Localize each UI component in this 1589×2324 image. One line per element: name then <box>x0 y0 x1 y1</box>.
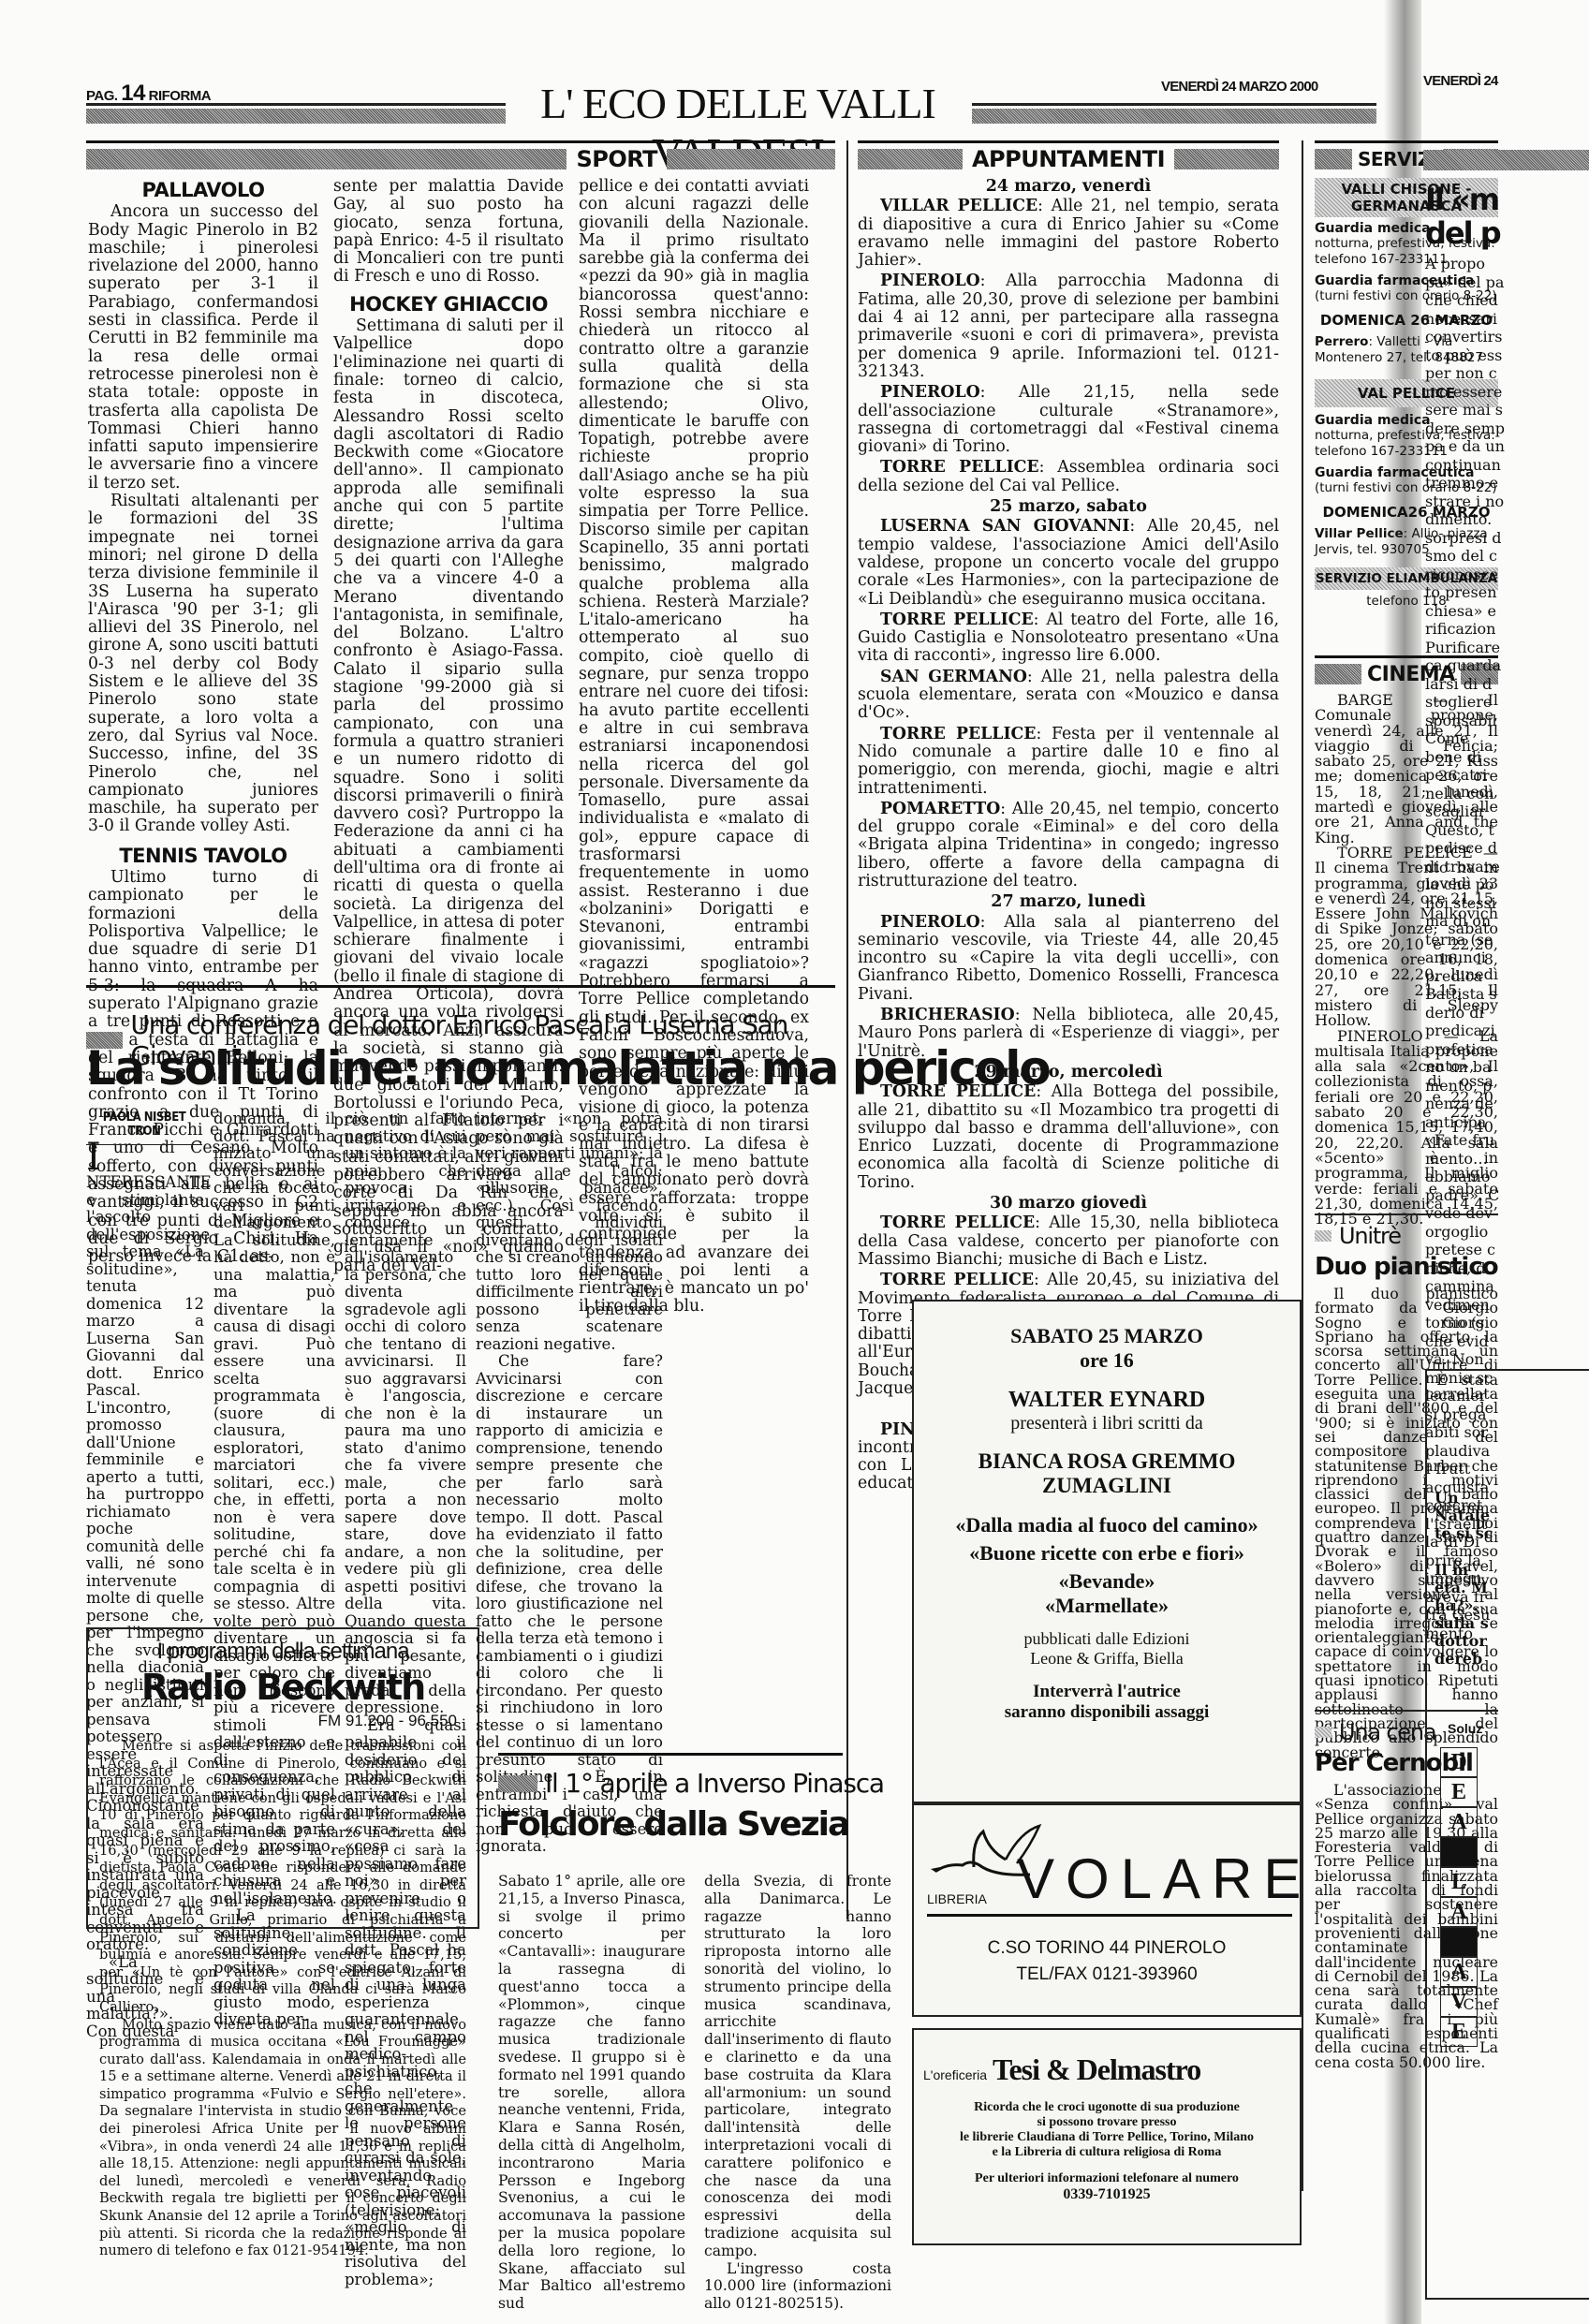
ad-date: SABATO 25 MARZO <box>914 1324 1300 1348</box>
appt-item: POMARETTO: Alle 20,45, nel tempio, conce… <box>858 801 1279 890</box>
next-page-line: riconosce <box>1425 566 1505 584</box>
next-page-line: scagliar <box>1425 802 1505 821</box>
ad-presents: presenterà i libri scritti da <box>914 1413 1300 1434</box>
next-page-box-line: sulla s <box>1435 1614 1493 1632</box>
ad-author-1: BIANCA ROSA GREMMO <box>914 1449 1300 1474</box>
ad-footer-2: saranno disponibili assaggi <box>914 1702 1300 1723</box>
next-page-line: continuan <box>1425 456 1505 475</box>
appt-date-30: 30 marzo giovedì <box>858 1195 1279 1213</box>
appt-item: LUSERNA SAN GIOVANNI: Alle 20,45, nel te… <box>858 518 1279 608</box>
next-page-line: ma di on <box>1425 912 1505 931</box>
pallavolo-para-1: Ancora un successo del Body Magic Pinero… <box>88 203 318 493</box>
next-page-line: bene di <box>1425 748 1505 767</box>
sport-header: SPORT <box>86 146 835 172</box>
appt-item: PINEROLO: Alla sala al pianterreno del s… <box>858 914 1279 1004</box>
ad-author-2: ZUMAGLINI <box>914 1474 1300 1498</box>
crossword-black-cell <box>1440 1927 1478 1957</box>
sport-label: SPORT <box>566 146 667 172</box>
paragraph: ciò un fatto negativo di cui un sintomo … <box>345 1111 466 1717</box>
tesi-line-2: si possono trovare presso <box>914 2115 1300 2130</box>
next-page-line: peccatri <box>1425 766 1505 785</box>
cinema-hatch-left <box>1315 664 1361 684</box>
next-page-line: Come <box>1425 729 1505 748</box>
next-page-line: per non c <box>1425 364 1505 383</box>
next-page-line: noi stessi <box>1425 894 1505 913</box>
ad-time: ore 16 <box>914 1348 1300 1373</box>
ad-book-4: «Marmellate» <box>914 1594 1300 1618</box>
next-page-line: necessari <box>1425 310 1505 329</box>
kicker-square-icon <box>1315 1727 1332 1738</box>
radio-title: Radio Beckwith <box>99 1667 466 1708</box>
next-page-line: smo del c <box>1425 547 1505 566</box>
folclore-rule <box>498 1753 843 1756</box>
radio-frequency: FM 91.200 - 96.550 <box>99 1712 457 1730</box>
crossword-cell: A <box>1440 1807 1478 1837</box>
next-page-edge: Il «m del p A propopa» del pache chiedne… <box>1421 0 1589 2324</box>
paragraph: L'ingresso costa 10.000 lire (informazio… <box>704 2260 891 2313</box>
ad-publisher-2: Leone & Griffa, Biella <box>914 1649 1300 1669</box>
next-page-line: dimento. <box>1425 510 1505 529</box>
paragraph: Sabato 1° aprile, alle ore 21,15, a Inve… <box>498 1873 685 2313</box>
crossword-cell: E <box>1440 2017 1478 2047</box>
section-name: RIFORMA <box>149 88 212 104</box>
next-page-line: predica <box>1425 967 1505 986</box>
next-page-headline-1: Il «m <box>1425 182 1498 217</box>
next-page-box-line: ha?». <box>1435 1596 1493 1614</box>
ad-footer-1: Interverrà l'autrice <box>914 1682 1300 1702</box>
next-page-line: larsi di d <box>1425 675 1505 694</box>
next-page-line: vede dev <box>1425 1204 1505 1223</box>
radio-kicker: I programmi della settimana <box>99 1639 466 1665</box>
next-page-line: ca guarda <box>1425 656 1505 675</box>
crossword-grid: DEALAAVE <box>1440 1747 1478 2047</box>
page-number: 14 <box>121 81 145 106</box>
kicker-square-icon <box>498 1775 537 1792</box>
next-page-line: strare i no <box>1425 493 1505 511</box>
next-page-line: dere semp <box>1425 419 1505 438</box>
sport-top-rule <box>86 140 835 143</box>
next-page-line: A propo <box>1425 255 1505 273</box>
appt-item: PINEROLO: Alle 21,15, nella sede dell'as… <box>858 384 1279 456</box>
ad-tesi-delmastro: L'oreficeria Tesi & Delmastro Ricorda ch… <box>912 2028 1302 2245</box>
appuntamenti-label: APPUNTAMENTI <box>963 146 1174 172</box>
tesi-line-4: e la Libreria di cultura religiosa di Ro… <box>914 2145 1300 2160</box>
next-page-top-bar <box>1423 150 1589 170</box>
appt-item: PINEROLO: Alla parrocchia Madonna di Fat… <box>858 272 1279 381</box>
crossword-cell: L <box>1440 1867 1478 1897</box>
next-page-box-line: Natale <box>1435 1507 1493 1524</box>
tesi-prefix: L'oreficeria <box>923 2067 987 2082</box>
appt-item: SAN GERMANO: Alle 21, nella palestra del… <box>858 669 1279 723</box>
sport-header-hatch-left <box>86 149 566 169</box>
crossword-cell: A <box>1440 1957 1478 1987</box>
next-page-line: mento, p <box>1425 1077 1505 1096</box>
next-page-line: rificazion <box>1425 620 1505 639</box>
appt-item: TORRE PELLICE: Alle 15,30, nella bibliot… <box>858 1214 1279 1269</box>
folclore-col-1-text: Sabato 1° aprile, alle ore 21,15, a Inve… <box>498 1873 685 2313</box>
next-page-line: Questo, t <box>1425 821 1505 840</box>
next-page-line: cammina <box>1425 1277 1505 1296</box>
appuntamenti-section: APPUNTAMENTI 24 marzo, venerdì VILLAR PE… <box>858 140 1279 1496</box>
radio-body: Mentre si aspetta l'inizio delle trasmis… <box>99 1738 466 2260</box>
issue-date: VENERDÌ 24 MARZO 2000 <box>1161 79 1317 95</box>
masthead-left-bar <box>86 103 506 106</box>
next-page-line: Purificare <box>1425 639 1505 657</box>
next-page-line: nenza de <box>1425 1095 1505 1113</box>
next-page-line: sere mai s <box>1425 401 1505 419</box>
ad-publisher-1: pubblicati dalle Edizioni <box>914 1629 1300 1649</box>
next-page-line: sponsabil <box>1425 712 1505 730</box>
crossword-cell: V <box>1440 1987 1478 2017</box>
radio-beckwith-box: I programmi della settimana Radio Beckwi… <box>86 1627 479 1929</box>
next-page-box-line: dottor <box>1435 1632 1493 1650</box>
heading-hockey-ghiaccio: HOCKEY GHIACCIO <box>333 296 564 314</box>
tesi-line-1: Ricorda che le croci ugonotte di sua pro… <box>914 2100 1300 2115</box>
crossword-solution-label: Soluz <box>1448 1721 1482 1736</box>
ad-presenter: WALTER EYNARD <box>914 1388 1300 1413</box>
solitudine-col-4: internet: «non potrà però mai sostituire… <box>476 1111 841 1856</box>
next-page-line: pretese c <box>1425 1241 1505 1259</box>
next-page-line: anticipa <box>1425 1113 1505 1132</box>
tesi-info: Per ulteriori informazioni telefonare al… <box>914 2171 1300 2186</box>
folclore-col-1: Sabato 1° aprile, alle ore 21,15, a Inve… <box>498 1873 685 2313</box>
next-page-line: stogliere <box>1425 693 1505 712</box>
next-page-line: pa» del pa <box>1425 273 1505 292</box>
next-page-line: pedisce d <box>1425 839 1505 858</box>
appt-item: TORRE PELLICE: Assemblea ordinaria soci … <box>858 459 1279 495</box>
solitudine-col-4-text: internet: «non potrà però mai sostituire… <box>476 1111 663 1856</box>
crossword-cell: D <box>1440 1747 1478 1777</box>
radio-para-1: Mentre si aspetta l'inizio delle trasmis… <box>99 1738 466 2017</box>
next-page-line: niche, d <box>1425 1259 1505 1278</box>
appuntamenti-header: APPUNTAMENTI <box>858 146 1279 172</box>
crossword-cell: A <box>1440 1897 1478 1927</box>
paragraph: della Svezia, di fronte alla Danimarca. … <box>704 1873 891 2260</box>
sport-bottom-rule <box>86 985 835 988</box>
folclore-headline: Folclore dalla Svezia <box>498 1805 848 1844</box>
next-page-line: predicazi <box>1425 1022 1505 1040</box>
next-page-line: profetica <box>1425 1040 1505 1059</box>
servizi-hatch-left <box>1315 149 1352 169</box>
tesi-header: L'oreficeria Tesi & Delmastro <box>914 2052 1300 2087</box>
crossword-cell: E <box>1440 1777 1478 1807</box>
appt-date-27: 27 marzo, lunedì <box>858 893 1279 911</box>
next-page-line: vedimen <box>1425 1296 1505 1315</box>
next-page-line: mento… <box>1425 1150 1505 1169</box>
heading-tennis-tavolo: TENNIS TAVOLO <box>88 847 318 865</box>
ad-eynard-book-presentation: SABATO 25 MARZO ore 16 WALTER EYNARD pre… <box>912 1300 1302 1803</box>
kicker-square-icon <box>1315 1230 1332 1242</box>
appt-item: TORRE PELLICE: Al teatro del Forte, alle… <box>858 611 1279 666</box>
next-page-box-line: te si sc <box>1435 1524 1493 1542</box>
tennis-continuation: sente per malattia Davide Gay, al suo po… <box>333 178 564 287</box>
appt-item: TORRE PELLICE: Alla Bottega del possibil… <box>858 1083 1279 1192</box>
next-page-line: chiesa» e <box>1425 602 1505 621</box>
next-page-box-line: Il m <box>1435 1561 1493 1579</box>
masthead-right-bar <box>972 103 1376 106</box>
crossword-black-cell <box>1440 1837 1478 1867</box>
sport-col-1: PALLAVOLO Ancora un successo del Body Ma… <box>88 174 318 1267</box>
next-page-line: tremmo e <box>1425 474 1505 493</box>
sport-section: SPORT <box>86 140 835 172</box>
volare-underline <box>927 1914 1292 1917</box>
masthead-right-hatch <box>972 109 1376 124</box>
appt-item: VILLAR PELLICE: Alle 21, nel tempio, ser… <box>858 198 1279 270</box>
tesi-name: Tesi & Delmastro <box>993 2052 1200 2087</box>
heading-pallavolo: PALLAVOLO <box>88 182 318 199</box>
next-page-line: to presen <box>1425 583 1505 602</box>
next-page-line: torno (s <box>1425 1314 1505 1332</box>
next-page-box-line: Un <box>1435 1489 1493 1507</box>
next-page-line: che evid <box>1425 1332 1505 1351</box>
next-page-line: «Fate fru <box>1425 1131 1505 1150</box>
masthead-left-hatch <box>86 109 506 124</box>
volare-name: VOLARE <box>1017 1846 1312 1911</box>
next-page-line: Battista s <box>1425 985 1505 1004</box>
next-page-line: nella con <box>1425 785 1505 803</box>
next-page-line: va. Non <box>1425 1350 1505 1369</box>
paragraph: internet: «non potrà però mai sostituire… <box>476 1111 663 1353</box>
appuntamenti-body: 24 marzo, venerdì VILLAR PELLICE: Alle 2… <box>858 178 1279 1493</box>
next-page-line: che chied <box>1425 291 1505 310</box>
next-page-line: di trovare <box>1425 858 1505 876</box>
pallavolo-para-2: Risultati altalenanti per le formazioni … <box>88 493 318 836</box>
volare-address: C.SO TORINO 44 PINEROLO <box>914 1938 1300 1959</box>
next-page-line: no un ba <box>1425 1058 1505 1077</box>
appuntamenti-hatch-left <box>858 149 963 169</box>
ad-book-2: «Buone ricette con erbe e fiori» <box>914 1541 1300 1566</box>
volare-prefix: LIBRERIA <box>927 1891 987 1906</box>
appuntamenti-hatch-right <box>1174 149 1279 169</box>
next-page-line: padre». C <box>1425 1186 1505 1205</box>
volare-phone: TEL/FAX 0121-393960 <box>914 1964 1300 1985</box>
next-page-line: sorpresi d <box>1425 529 1505 548</box>
folclore-col-2-text: della Svezia, di fronte alla Danimarca. … <box>704 1873 891 2313</box>
appt-date-24: 24 marzo, venerdì <box>858 178 1279 196</box>
next-page-box-line: dereb <box>1435 1650 1493 1668</box>
next-page-line: terna (se <box>1425 931 1505 949</box>
ad-libreria-volare: LIBRERIA VOLARE C.SO TORINO 44 PINEROLO … <box>912 1803 1302 2017</box>
next-page-box-text: UnNatalete si scIl metà. Mha?».sulla sdo… <box>1435 1489 1493 1668</box>
next-page-headline-2: del p <box>1425 215 1500 251</box>
ad-book-3: «Bevande» <box>914 1569 1300 1594</box>
next-page-line: annunci <box>1425 949 1505 967</box>
ad-book-1: «Dalla madia al fuoco del camino» <box>914 1513 1300 1537</box>
appt-date-25: 25 marzo, sabato <box>858 498 1279 516</box>
folclore-col-2: della Svezia, di fronte alla Danimarca. … <box>704 1873 891 2313</box>
page-label: PAG. <box>86 88 118 104</box>
next-page-line: to può ess <box>1425 346 1505 365</box>
solitudine-headline: La solitudine: non malattia ma pericolo <box>86 1041 1050 1096</box>
next-page-line: convertirs <box>1425 328 1505 346</box>
next-page-line: orgoglio <box>1425 1223 1505 1242</box>
next-page-line: pa e da un <box>1425 437 1505 456</box>
tesi-phone: 0339-7101925 <box>914 2186 1300 2203</box>
next-page-line: derio di <box>1425 1004 1505 1022</box>
folclore-kicker: Il 1° aprile a Inverso Pinasca <box>498 1768 884 1799</box>
radio-para-2: Molto spazio viene dato alla musica, con… <box>99 2017 466 2260</box>
dropcap: I <box>86 1140 101 1174</box>
next-page-line: mo essere <box>1425 383 1505 402</box>
next-page-box-line: età. M <box>1435 1579 1493 1596</box>
next-page-line: la che po <box>1425 875 1505 894</box>
sport-header-hatch-right <box>667 149 835 169</box>
next-page-line: abbiamo <box>1425 1168 1505 1186</box>
tesi-line-3: le librerie Claudiana di Torre Pellice, … <box>914 2130 1300 2145</box>
appuntamenti-top-rule <box>858 140 1279 143</box>
appt-item: TORRE PELLICE: Festa per il ventennale a… <box>858 726 1279 798</box>
